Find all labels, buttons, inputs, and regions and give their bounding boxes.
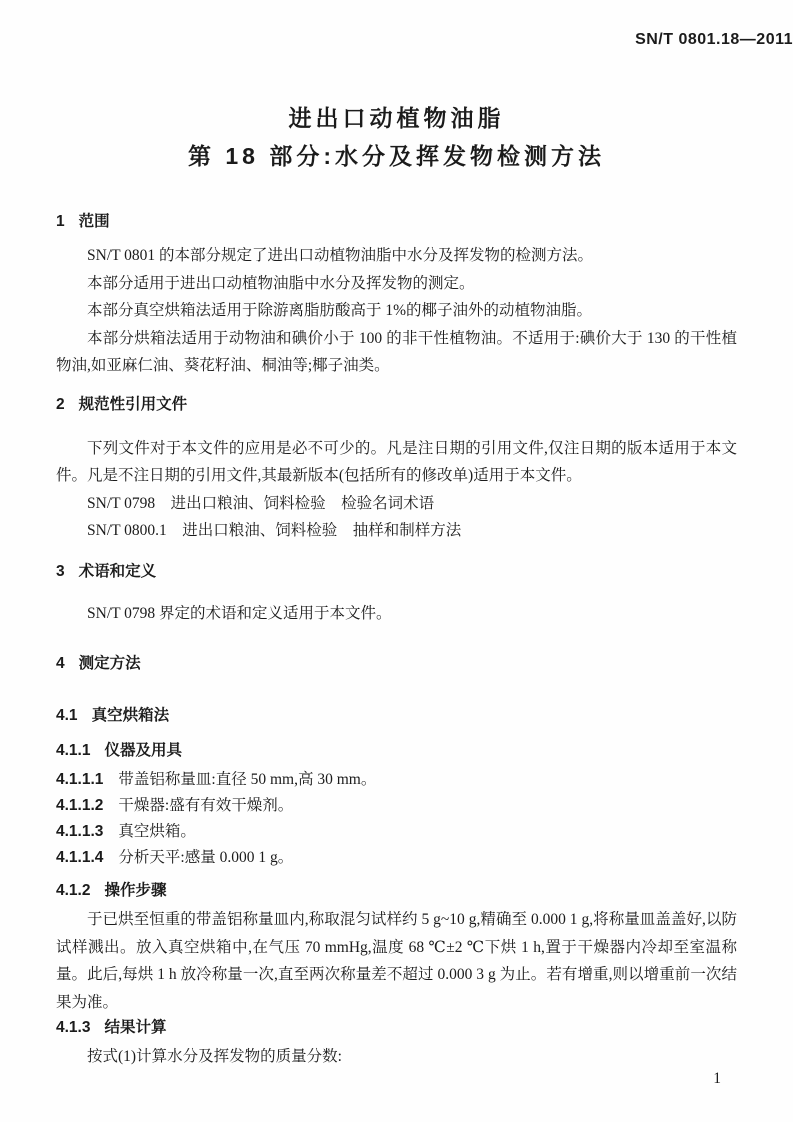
- section-3-body: SN/T 0798 界定的术语和定义适用于本文件。: [56, 600, 737, 628]
- page-number: 1: [713, 1070, 721, 1088]
- heading-label: 仪器及用具: [104, 742, 182, 759]
- section-1-body: SN/T 0801 的本部分规定了进出口动植物油脂中水分及挥发物的检测方法。 本…: [56, 242, 737, 380]
- heading-label: 规范性引用文件: [79, 396, 188, 413]
- doc-title-line-1: 进出口动植物油脂: [0, 99, 793, 137]
- section-4-1-2-heading: 4.1.2操作步骤: [56, 880, 737, 901]
- item-text: 带盖铝称量皿:直径 50 mm,高 30 mm。: [118, 771, 376, 788]
- paragraph: 于已烘至恒重的带盖铝称量皿内,称取混匀试样约 5 g~10 g,精确至 0.00…: [56, 906, 737, 1016]
- document-page: SN/T 0801.18—2011 进出口动植物油脂 第 18 部分:水分及挥发…: [0, 0, 793, 1122]
- section-4-heading: 4测定方法: [56, 653, 737, 674]
- section-4-1-heading: 4.1真空烘箱法: [56, 705, 737, 726]
- paragraph: 本部分烘箱法适用于动物油和碘价小于 100 的非干性植物油。不适用于:碘价大于 …: [56, 325, 737, 380]
- paragraph: 本部分真空烘箱法适用于除游离脂肪酸高于 1%的椰子油外的动植物油脂。: [56, 297, 737, 325]
- item-number: 4.1.1.4: [56, 849, 103, 866]
- heading-number: 4.1: [56, 707, 78, 724]
- heading-number: 4.1.1: [56, 742, 90, 759]
- doc-number: SN/T 0801.18—2011: [0, 0, 793, 49]
- item-text: 干燥器:盛有有效干燥剂。: [118, 797, 293, 814]
- doc-title-line-2: 第 18 部分:水分及挥发物检测方法: [0, 137, 793, 175]
- paragraph: 本部分适用于进出口动植物油脂中水分及挥发物的测定。: [56, 270, 737, 298]
- reference-item: SN/T 0798 进出口粮油、饲料检验 检验名词术语: [56, 490, 737, 518]
- heading-number: 4.1.3: [56, 1019, 90, 1036]
- section-4-1-3-heading: 4.1.3结果计算: [56, 1017, 737, 1038]
- heading-label: 真空烘箱法: [92, 707, 170, 724]
- item-number: 4.1.1.1: [56, 771, 103, 788]
- heading-number: 4: [56, 655, 65, 672]
- heading-label: 结果计算: [104, 1019, 166, 1036]
- item-number: 4.1.1.2: [56, 797, 103, 814]
- paragraph: SN/T 0801 的本部分规定了进出口动植物油脂中水分及挥发物的检测方法。: [56, 242, 737, 270]
- heading-label: 范围: [79, 213, 110, 230]
- heading-label: 术语和定义: [79, 563, 157, 580]
- section-4-1-1-heading: 4.1.1仪器及用具: [56, 740, 737, 761]
- heading-label: 操作步骤: [104, 882, 166, 899]
- paragraph: 下列文件对于本文件的应用是必不可少的。凡是注日期的引用文件,仅注日期的版本适用于…: [56, 435, 737, 490]
- equipment-item: 4.1.1.3真空烘箱。: [56, 819, 737, 845]
- equipment-item: 4.1.1.4分析天平:感量 0.000 1 g。: [56, 845, 737, 871]
- heading-number: 2: [56, 396, 65, 413]
- section-1-heading: 1范围: [56, 211, 737, 232]
- equipment-item: 4.1.1.1带盖铝称量皿:直径 50 mm,高 30 mm。: [56, 767, 737, 793]
- heading-number: 3: [56, 563, 65, 580]
- heading-number: 4.1.2: [56, 882, 90, 899]
- heading-number: 1: [56, 213, 65, 230]
- item-text: 分析天平:感量 0.000 1 g。: [118, 849, 293, 866]
- section-4-1-3-body: 按式(1)计算水分及挥发物的质量分数:: [56, 1043, 737, 1071]
- equipment-list: 4.1.1.1带盖铝称量皿:直径 50 mm,高 30 mm。 4.1.1.2干…: [56, 767, 737, 871]
- item-number: 4.1.1.3: [56, 823, 103, 840]
- reference-item: SN/T 0800.1 进出口粮油、饲料检验 抽样和制样方法: [56, 517, 737, 545]
- heading-label: 测定方法: [79, 655, 141, 672]
- equipment-item: 4.1.1.2干燥器:盛有有效干燥剂。: [56, 793, 737, 819]
- section-3-heading: 3术语和定义: [56, 561, 737, 582]
- paragraph: 按式(1)计算水分及挥发物的质量分数:: [56, 1043, 737, 1071]
- item-text: 真空烘箱。: [118, 823, 196, 840]
- section-2-body: 下列文件对于本文件的应用是必不可少的。凡是注日期的引用文件,仅注日期的版本适用于…: [56, 435, 737, 545]
- section-2-heading: 2规范性引用文件: [56, 394, 737, 415]
- doc-title: 进出口动植物油脂 第 18 部分:水分及挥发物检测方法: [0, 99, 793, 175]
- section-4-1-2-body: 于已烘至恒重的带盖铝称量皿内,称取混匀试样约 5 g~10 g,精确至 0.00…: [56, 906, 737, 1016]
- paragraph: SN/T 0798 界定的术语和定义适用于本文件。: [56, 600, 737, 628]
